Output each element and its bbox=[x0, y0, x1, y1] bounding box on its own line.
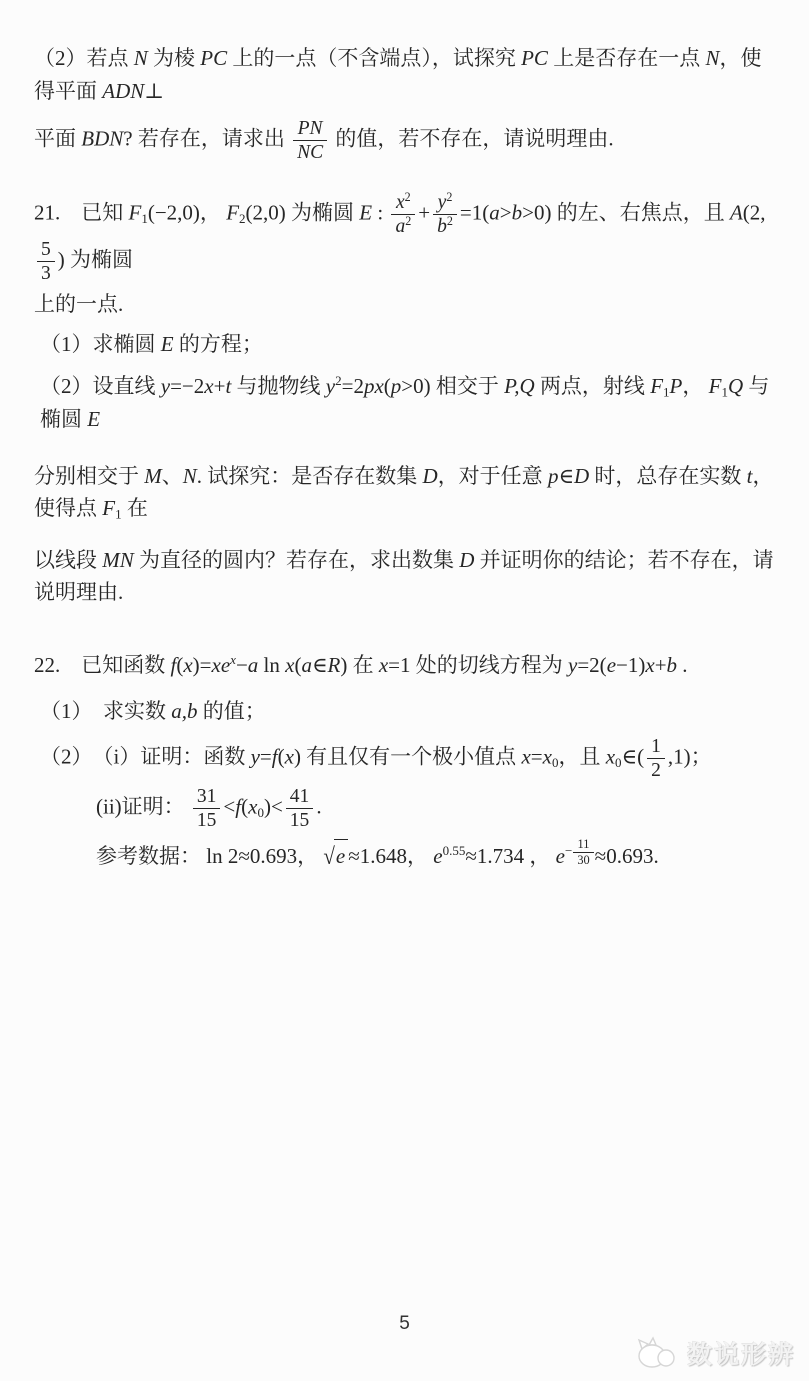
text-line: (ii)证明： 3115<f(x0)<4115. bbox=[96, 785, 779, 832]
brand-watermark-text: 数说形辨 bbox=[687, 1335, 795, 1371]
text-line: 以线段 MN 为直径的圆内？若存在，求出数集 D 并证明你的结论；若不存在，请说… bbox=[34, 544, 779, 609]
brand-logo-icon bbox=[635, 1335, 681, 1371]
page-number: 5 bbox=[0, 1313, 809, 1335]
text-line: 平面 BDN? 若存在，请求出 PNNC 的值，若不存在，请说明理由. bbox=[34, 117, 779, 164]
brand-watermark: 数说形辨 bbox=[635, 1335, 795, 1371]
text-line: 上的一点. bbox=[34, 288, 779, 321]
text-line: 22. 已知函数 f(x)=xex−a ln x(a∈R) 在 x=1 处的切线… bbox=[34, 649, 779, 682]
document-page: （2）若点 N 为棱 PC 上的一点（不含端点），试探究 PC 上是否存在一点 … bbox=[0, 0, 809, 1381]
document-lines: （2）若点 N 为棱 PC 上的一点（不含端点），试探究 PC 上是否存在一点 … bbox=[0, 0, 809, 873]
text-line: （2） （i）证明：函数 y=f(x) 有且仅有一个极小值点 x=x0，且 x0… bbox=[40, 735, 779, 782]
text-line: （2）设直线 y=−2x+t 与抛物线 y2=2px(p>0) 相交于 P,Q … bbox=[40, 370, 779, 435]
text-line: 21. 已知 F1(−2,0)， F2(2,0) 为椭圆 E : x2a2+y2… bbox=[34, 191, 779, 285]
text-line: （2）若点 N 为棱 PC 上的一点（不含端点），试探究 PC 上是否存在一点 … bbox=[34, 42, 779, 107]
text-line: 分别相交于 M、N. 试探究：是否存在数集 D，对于任意 p∈D 时，总存在实数… bbox=[34, 460, 779, 525]
text-line: （1） 求实数 a,b 的值； bbox=[40, 695, 779, 728]
text-line: （1）求椭圆 E 的方程； bbox=[40, 328, 779, 361]
text-line: 参考数据： ln 2≈0.693， √e≈1.648， e0.55≈1.734 … bbox=[96, 837, 779, 873]
